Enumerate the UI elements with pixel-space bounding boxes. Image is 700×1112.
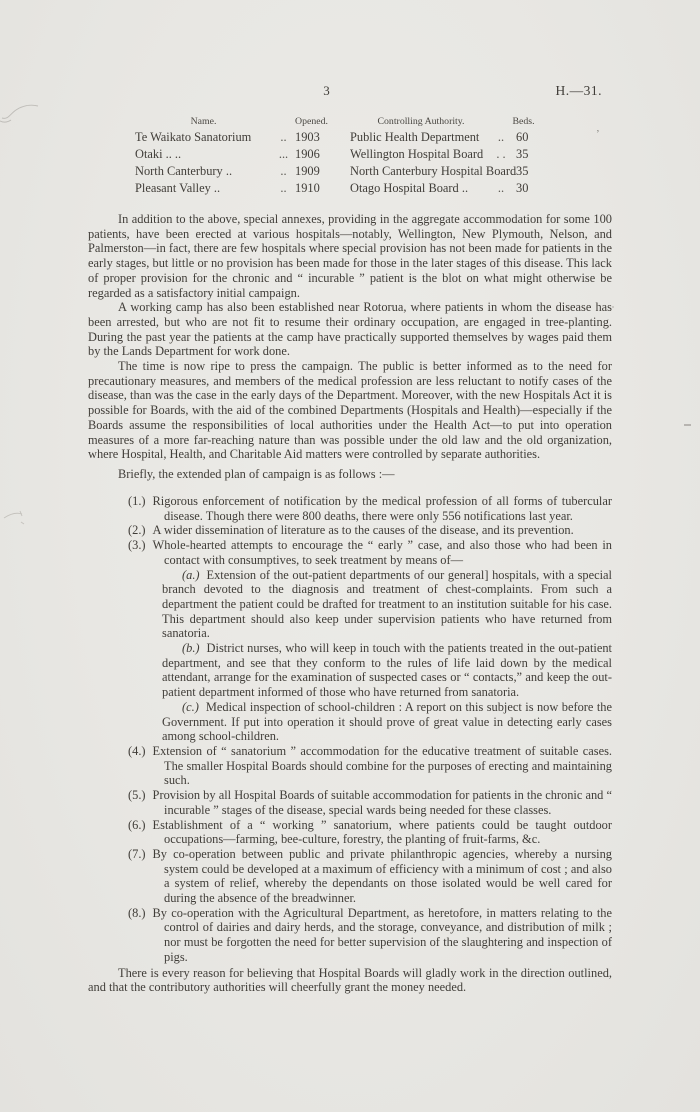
pencil-squiggle-artifact xyxy=(0,94,46,126)
plan-item-4: (4.)Extension of “ sanatorium ” accommod… xyxy=(88,744,612,788)
table-row: Otaki .. .. ... 1906 Wellington Hospital… xyxy=(135,146,612,163)
dust-speck-artifact xyxy=(612,306,614,308)
subitem-text: Medical inspection of school-children : … xyxy=(162,700,612,743)
plan-item-8: (8.)By co-operation with the Agricultura… xyxy=(88,906,612,965)
item-number: (7.) xyxy=(128,847,146,861)
sanatorium-name: North Canterbury .. xyxy=(135,163,272,180)
scanned-page: ’ 3 H.—31. Name. Opened. Controlling Aut… xyxy=(0,0,700,1112)
controlling-authority: North Canterbury Hospital Board xyxy=(350,163,492,180)
year-opened: 1906 xyxy=(295,146,325,163)
item-text: A wider dissemination of literature as t… xyxy=(153,523,574,537)
beds-count: 35 xyxy=(510,146,537,163)
beds-count: 35 xyxy=(510,163,537,180)
table-row: North Canterbury .. .. 1909 North Canter… xyxy=(135,163,612,180)
column-header-beds: Beds. xyxy=(510,115,537,129)
margin-dash-artifact xyxy=(684,424,691,426)
subitem-number: (c.) xyxy=(182,700,199,714)
page-content: 3 H.—31. Name. Opened. Controlling Autho… xyxy=(88,84,612,1007)
sanatoria-table: Name. Opened. Controlling Authority. Bed… xyxy=(135,115,612,197)
column-header-authority: Controlling Authority. xyxy=(350,115,492,129)
paragraph-annexes: In addition to the above, special annexe… xyxy=(88,212,612,300)
page-number: 3 xyxy=(323,84,331,99)
item-text: Rigorous enforcement of notification by … xyxy=(153,494,612,523)
column-header-name: Name. xyxy=(135,115,272,129)
document-reference: H.—31. xyxy=(556,84,603,99)
paragraph-working-camp: A working camp has also been established… xyxy=(88,300,612,359)
item-number: (4.) xyxy=(128,744,146,758)
item-number: (8.) xyxy=(128,906,146,920)
plan-subitem-c: (c.)Medical inspection of school-childre… xyxy=(88,700,612,744)
item-text: Provision by all Hospital Boards of suit… xyxy=(153,788,612,817)
table-row: Te Waikato Sanatorium .. 1903 Public Hea… xyxy=(135,129,612,146)
item-number: (1.) xyxy=(128,494,146,508)
column-header-opened: Opened. xyxy=(295,115,325,129)
item-text: Whole-hearted attempts to encourage the … xyxy=(153,538,612,567)
subitem-text: District nurses, who will keep in touch … xyxy=(162,641,612,699)
table-header-row: Name. Opened. Controlling Authority. Bed… xyxy=(135,115,612,129)
item-text: By co-operation with the Agricultural De… xyxy=(153,906,612,964)
plan-item-1: (1.)Rigorous enforcement of notification… xyxy=(88,494,612,523)
sanatorium-name: Te Waikato Sanatorium xyxy=(135,129,272,146)
year-opened: 1910 xyxy=(295,180,325,197)
year-opened: 1903 xyxy=(295,129,325,146)
item-text: Establishment of a “ working ” sanatoriu… xyxy=(153,818,612,847)
item-number: (2.) xyxy=(128,523,146,537)
plan-list: (1.)Rigorous enforcement of notification… xyxy=(88,494,612,965)
dot-leader: . . xyxy=(492,146,510,163)
dot-leader: ... xyxy=(272,146,295,163)
dot-leader xyxy=(492,163,510,180)
dot-leader: .. xyxy=(272,180,295,197)
item-number: (3.) xyxy=(128,538,146,552)
subitem-number: (a.) xyxy=(182,568,200,582)
paragraph-campaign: The time is now ripe to press the campai… xyxy=(88,359,612,462)
item-number: (6.) xyxy=(128,818,146,832)
plan-item-5: (5.)Provision by all Hospital Boards of … xyxy=(88,788,612,817)
beds-count: 60 xyxy=(510,129,537,146)
plan-item-2: (2.)A wider dissemination of literature … xyxy=(88,523,612,538)
sanatorium-name: Pleasant Valley .. xyxy=(135,180,272,197)
dot-leader: .. xyxy=(492,180,510,197)
dot-leader: .. xyxy=(272,163,295,180)
subitem-text: Extension of the out-patient departments… xyxy=(162,568,612,641)
controlling-authority: Public Health Department xyxy=(350,129,492,146)
running-head: 3 H.—31. xyxy=(88,84,612,100)
plan-item-3: (3.)Whole-hearted attempts to encourage … xyxy=(88,538,612,567)
table-row: Pleasant Valley .. .. 1910 Otago Hospita… xyxy=(135,180,612,197)
plan-intro: Briefly, the extended plan of campaign i… xyxy=(88,467,612,482)
controlling-authority: Otago Hospital Board .. xyxy=(350,180,492,197)
item-text: Extension of “ sanatorium ” accommodatio… xyxy=(153,744,612,787)
item-text: By co-operation between public and priva… xyxy=(153,847,612,905)
dot-leader: .. xyxy=(272,129,295,146)
dot-leader: .. xyxy=(492,129,510,146)
item-number: (5.) xyxy=(128,788,146,802)
plan-subitem-b: (b.)District nurses, who will keep in to… xyxy=(88,641,612,700)
beds-count: 30 xyxy=(510,180,537,197)
subitem-number: (b.) xyxy=(182,641,200,655)
paragraph-closing: There is every reason for believing that… xyxy=(88,966,612,995)
pencil-mark-artifact xyxy=(2,508,32,534)
year-opened: 1909 xyxy=(295,163,325,180)
controlling-authority: Wellington Hospital Board xyxy=(350,146,492,163)
plan-item-7: (7.)By co-operation between public and p… xyxy=(88,847,612,906)
plan-subitem-a: (a.)Extension of the out-patient departm… xyxy=(88,568,612,642)
sanatorium-name: Otaki .. .. xyxy=(135,146,272,163)
plan-item-6: (6.)Establishment of a “ working ” sanat… xyxy=(88,818,612,847)
